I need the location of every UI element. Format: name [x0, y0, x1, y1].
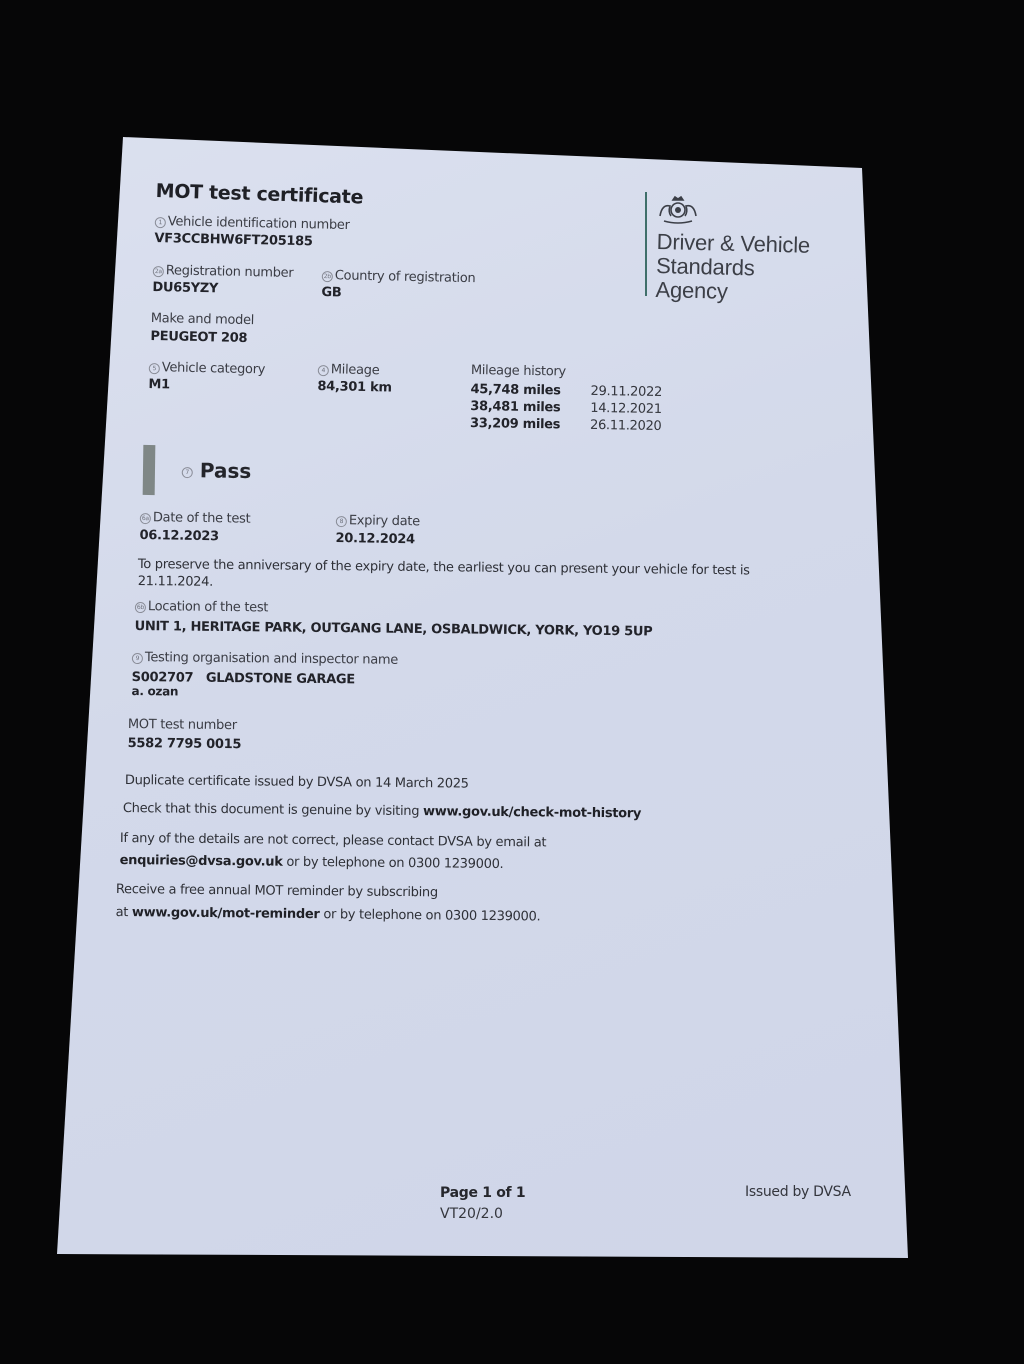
mileage-field: 4Mileage 84,301 km: [317, 362, 392, 396]
vin-value: VF3CCBHW6FT205185: [154, 231, 349, 250]
anniversary-note: To preserve the anniversary of the expir…: [138, 556, 750, 596]
expiry-date-field: 8Expiry date 20.12.2024: [335, 513, 419, 547]
check-mot-history-link[interactable]: www.gov.uk/check-mot-history: [423, 804, 641, 821]
page-title: MOT test certificate: [155, 180, 363, 209]
form-version: VT20/2.0: [440, 1206, 525, 1222]
expiry-date-label: Expiry date: [349, 513, 420, 529]
vin-label: Vehicle identification number: [168, 214, 350, 233]
history-mileage: 38,481 miles: [470, 399, 590, 416]
contact-notice: If any of the details are not correct, p…: [120, 828, 547, 876]
certificate-content: MOT test certificate Driver & Vehicle St…: [0, 0, 1024, 1364]
make-model-value: PEUGEOT 208: [150, 329, 254, 346]
footer-pagination: Page 1 of 1 VT20/2.0: [440, 1185, 525, 1222]
mileage-history: Mileage history 45,748 miles 29.11.2022 …: [470, 363, 662, 434]
field-marker-icon: 2a: [153, 266, 164, 277]
history-date: 29.11.2022: [590, 384, 662, 400]
vehicle-category-label: Vehicle category: [162, 360, 266, 377]
registration-field: 2aRegistration number DU65YZY: [152, 263, 293, 298]
contact-email-link[interactable]: enquiries@dvsa.gov.uk: [120, 853, 283, 870]
make-model-field: Make and model PEUGEOT 208: [150, 311, 254, 346]
country-value: GB: [321, 285, 475, 303]
test-number-value: 5582 7795 0015: [128, 736, 242, 752]
test-number-field: MOT test number 5582 7795 0015: [128, 717, 242, 752]
vehicle-category-field: 5Vehicle category M1: [148, 360, 265, 394]
check-notice-text: Check that this document is genuine by v…: [123, 801, 423, 819]
registration-label: Registration number: [166, 263, 294, 281]
mileage-history-row: 33,209 miles 26.11.2020: [470, 416, 662, 434]
country-label: Country of registration: [335, 268, 476, 286]
contact-phone-text: or by telephone on 0300 1239000.: [283, 855, 504, 872]
mileage-history-row: 38,481 miles 14.12.2021: [470, 399, 662, 417]
duplicate-notice: Duplicate certificate issued by DVSA on …: [125, 772, 469, 793]
result-status-bar: [143, 445, 156, 495]
photo-scene: MOT test certificate Driver & Vehicle St…: [0, 0, 1024, 1364]
mot-reminder-link[interactable]: www.gov.uk/mot-reminder: [132, 905, 320, 922]
field-marker-icon: 9: [132, 653, 143, 664]
location-label: Location of the test: [148, 599, 268, 615]
mileage-value: 84,301 km: [317, 379, 391, 396]
field-marker-icon: 5: [149, 363, 160, 374]
expiry-date-value: 20.12.2024: [335, 531, 419, 547]
reminder-prefix: at: [116, 905, 132, 920]
organisation-name: GLADSTONE GARAGE: [206, 671, 355, 688]
mileage-history-label: Mileage history: [471, 363, 663, 381]
organisation-label: Testing organisation and inspector name: [145, 650, 398, 668]
logo-divider: [645, 192, 647, 296]
organisation-field: 9Testing organisation and inspector name…: [131, 650, 398, 701]
test-number-label: MOT test number: [128, 717, 242, 733]
vin-field: 1Vehicle identification number VF3CCBHW6…: [154, 214, 349, 250]
history-mileage: 33,209 miles: [470, 416, 590, 433]
field-marker-icon: 2b: [322, 271, 333, 282]
reminder-notice: Receive a free annual MOT reminder by su…: [116, 878, 541, 928]
location-value: UNIT 1, HERITAGE PARK, OUTGANG LANE, OSB…: [135, 619, 653, 639]
test-date-field: 6aDate of the test 06.12.2023: [139, 510, 250, 545]
field-marker-icon: 6b: [135, 602, 146, 613]
history-date: 26.11.2020: [590, 418, 662, 434]
country-field: 2bCountry of registration GB: [321, 268, 475, 303]
history-date: 14.12.2021: [590, 401, 662, 417]
mileage-label: Mileage: [331, 362, 380, 378]
field-marker-icon: 7: [182, 467, 193, 478]
test-date-label: Date of the test: [153, 510, 251, 527]
issued-by: Issued by DVSA: [745, 1184, 851, 1200]
issuer-logo-text: Driver & Vehicle Standards Agency: [655, 230, 810, 306]
make-model-label: Make and model: [151, 311, 255, 328]
history-mileage: 45,748 miles: [470, 382, 590, 399]
field-marker-icon: 1: [155, 217, 166, 228]
field-marker-icon: 6a: [140, 513, 151, 524]
result-status: Pass: [200, 458, 252, 483]
field-marker-icon: 8: [336, 516, 347, 527]
check-notice: Check that this document is genuine by v…: [123, 800, 641, 822]
reminder-phone-text: or by telephone on 0300 1239000.: [319, 907, 540, 924]
registration-value: DU65YZY: [152, 280, 293, 298]
inspector-name: a. ozan: [131, 684, 397, 701]
field-marker-icon: 4: [318, 365, 329, 376]
page-number: Page 1 of 1: [440, 1185, 525, 1201]
mileage-history-row: 45,748 miles 29.11.2022: [470, 382, 662, 400]
result-field: 7 Pass: [182, 458, 252, 483]
vehicle-category-value: M1: [148, 377, 265, 394]
test-date-value: 06.12.2023: [139, 528, 250, 545]
location-field: 6bLocation of the test UNIT 1, HERITAGE …: [135, 599, 653, 639]
royal-coat-of-arms-icon: [656, 194, 700, 224]
